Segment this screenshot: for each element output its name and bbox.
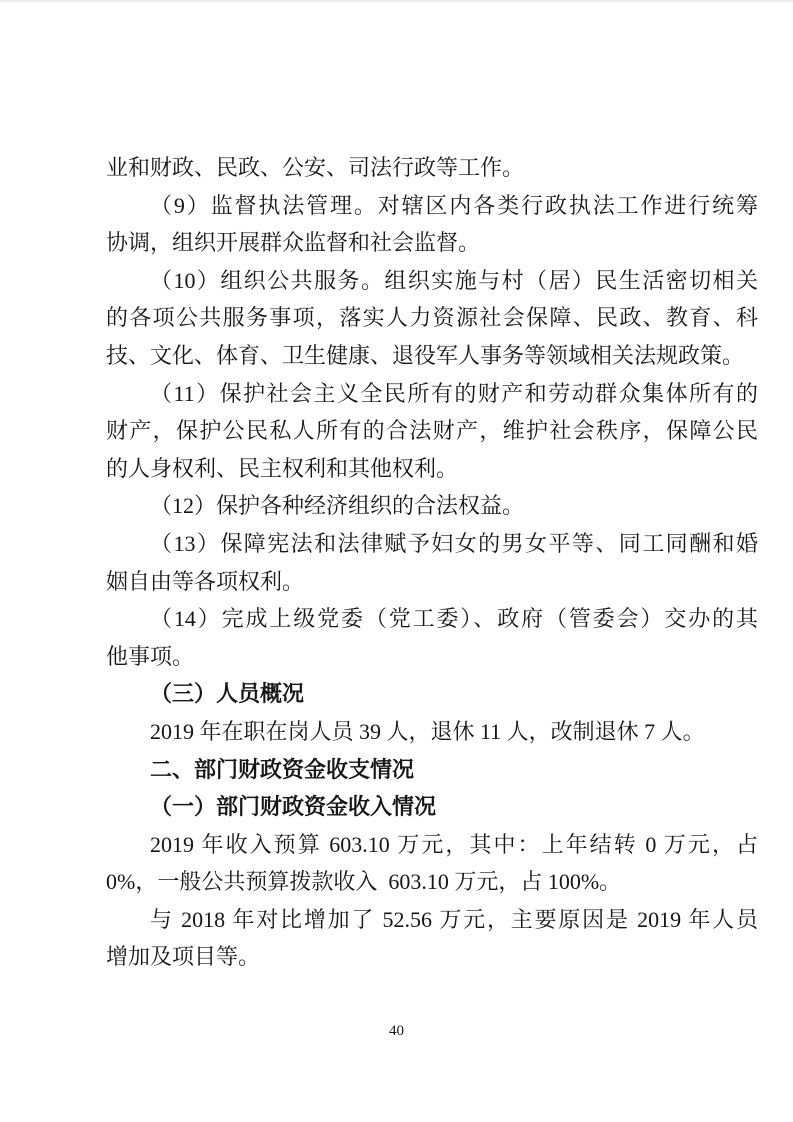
page-footer: 40 xyxy=(0,1022,793,1040)
paragraph: （9）监督执法管理。对辖区内各类行政执法工作进行统筹协调，组织开展群众监督和社会… xyxy=(106,187,758,262)
text-line: 业和财政、民政、公安、司法行政等工作。 xyxy=(106,149,758,187)
paragraph: （13）保障宪法和法律赋予妇女的男女平等、同工同酬和婚姻自由等各项权利。 xyxy=(106,525,758,600)
text-line: 2019 年收入预算 603.10 万元，其中：上年结转 0 万元，占 xyxy=(106,826,758,864)
section-heading: （一）部门财政资金收入情况 xyxy=(106,788,758,826)
text-line: 0%，一般公共预算拨款收入 603.10 万元，占 100%。 xyxy=(106,863,758,901)
section-heading: （三）人员概况 xyxy=(106,675,758,713)
text-line: （14）完成上级党委（党工委）、政府（管委会）交办的其 xyxy=(106,600,758,638)
text-line: 与 2018 年对比增加了 52.56 万元，主要原因是 2019 年人员 xyxy=(106,901,758,939)
document-page: 业和财政、民政、公安、司法行政等工作。（9）监督执法管理。对辖区内各类行政执法工… xyxy=(0,0,793,1122)
text-line: （10）组织公共服务。组织实施与村（居）民生活密切相关 xyxy=(106,262,758,300)
document-body: 业和财政、民政、公安、司法行政等工作。（9）监督执法管理。对辖区内各类行政执法工… xyxy=(106,149,758,976)
paragraph: （10）组织公共服务。组织实施与村（居）民生活密切相关的各项公共服务事项，落实人… xyxy=(106,262,758,375)
text-line: 技、文化、体育、卫生健康、退役军人事务等领域相关法规政策。 xyxy=(106,337,758,375)
text-line: （13）保障宪法和法律赋予妇女的男女平等、同工同酬和婚 xyxy=(106,525,758,563)
paragraph: 2019 年收入预算 603.10 万元，其中：上年结转 0 万元，占0%，一般… xyxy=(106,826,758,901)
text-line: 增加及项目等。 xyxy=(106,938,758,976)
text-line: 财产，保护公民私人所有的合法财产，维护社会秩序，保障公民 xyxy=(106,412,758,450)
paragraph: （11）保护社会主义全民所有的财产和劳动群众集体所有的财产，保护公民私人所有的合… xyxy=(106,375,758,488)
text-line: 的各项公共服务事项，落实人力资源社会保障、民政、教育、科 xyxy=(106,299,758,337)
text-line: （12）保护各种经济组织的合法权益。 xyxy=(106,487,758,525)
text-line: 协调，组织开展群众监督和社会监督。 xyxy=(106,224,758,262)
text-line: （9）监督执法管理。对辖区内各类行政执法工作进行统筹 xyxy=(106,187,758,225)
text-line: 的人身权利、民主权利和其他权利。 xyxy=(106,450,758,488)
paragraph: 2019 年在职在岗人员 39 人，退休 11 人，改制退休 7 人。 xyxy=(106,713,758,751)
paragraph: 业和财政、民政、公安、司法行政等工作。 xyxy=(106,149,758,187)
paragraph: （14）完成上级党委（党工委）、政府（管委会）交办的其他事项。 xyxy=(106,600,758,675)
text-line: （一）部门财政资金收入情况 xyxy=(106,788,758,826)
text-line: 他事项。 xyxy=(106,638,758,676)
text-line: 姻自由等各项权利。 xyxy=(106,563,758,601)
paragraph: （12）保护各种经济组织的合法权益。 xyxy=(106,487,758,525)
text-line: （11）保护社会主义全民所有的财产和劳动群众集体所有的 xyxy=(106,375,758,413)
text-line: （三）人员概况 xyxy=(106,675,758,713)
section-heading: 二、部门财政资金收支情况 xyxy=(106,751,758,789)
page-number: 40 xyxy=(389,1023,404,1039)
text-line: 二、部门财政资金收支情况 xyxy=(106,751,758,789)
text-line: 2019 年在职在岗人员 39 人，退休 11 人，改制退休 7 人。 xyxy=(106,713,758,751)
paragraph: 与 2018 年对比增加了 52.56 万元，主要原因是 2019 年人员增加及… xyxy=(106,901,758,976)
